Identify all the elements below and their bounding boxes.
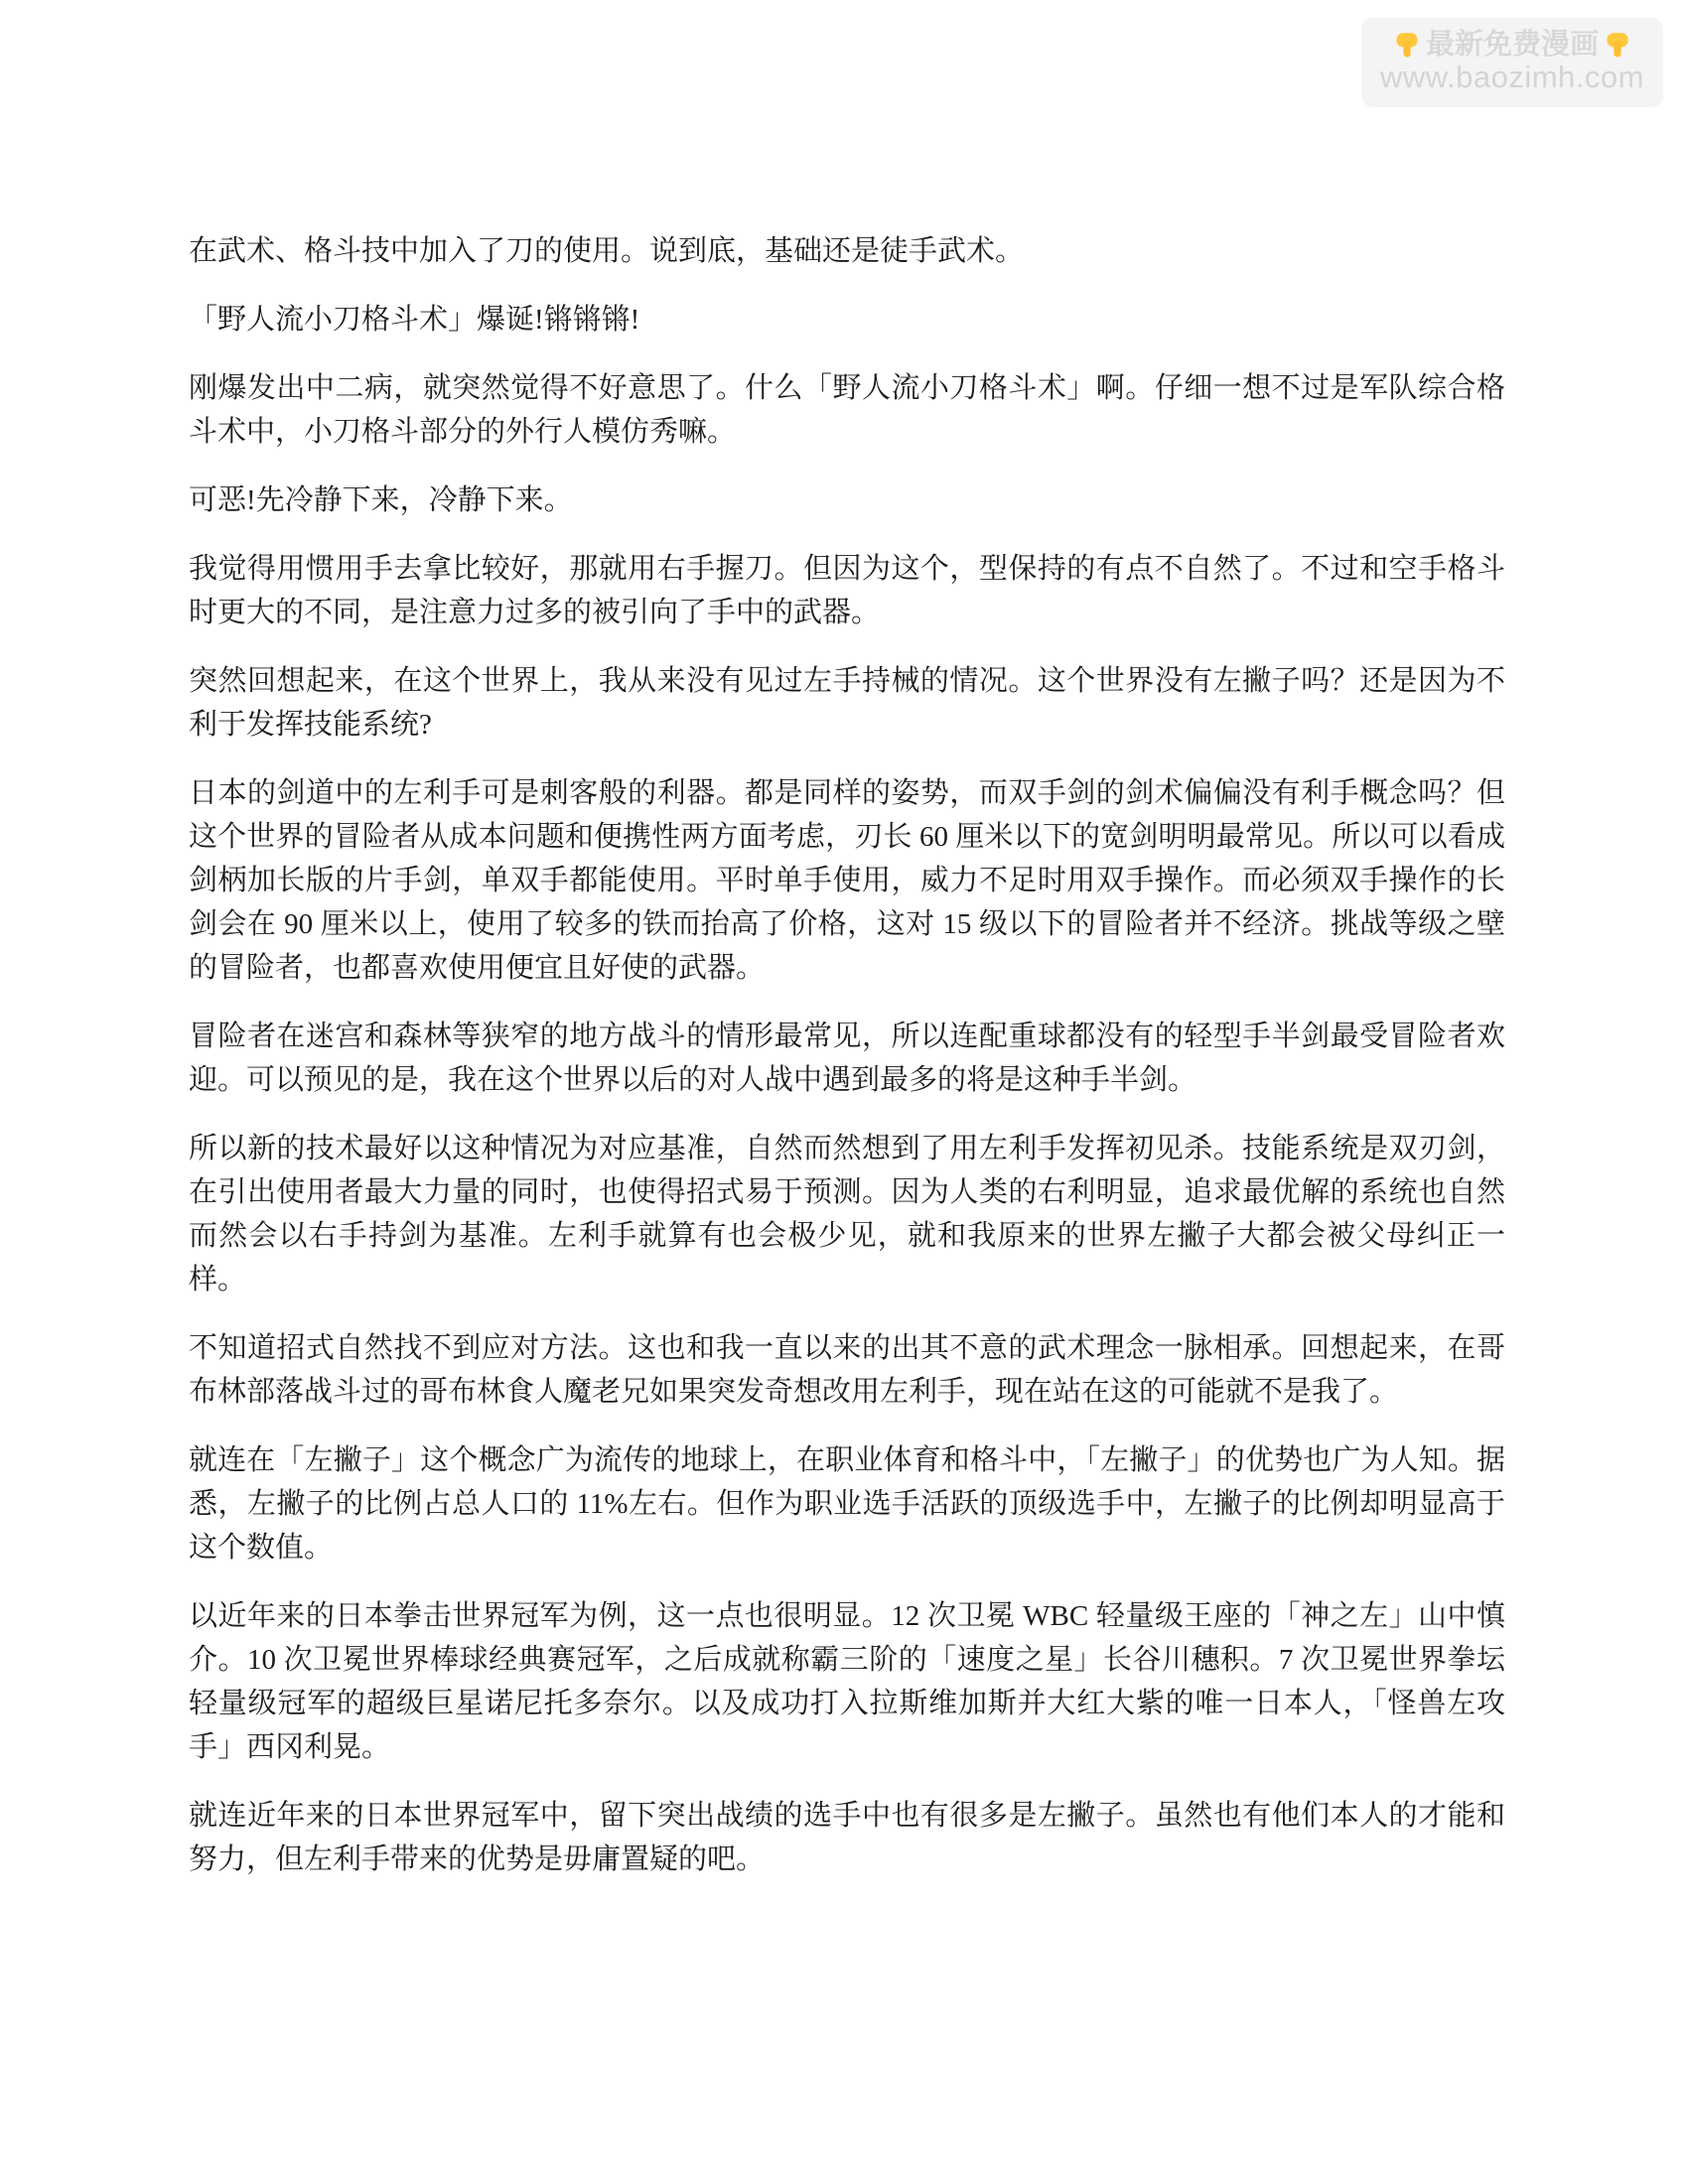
paragraph: 就连在「左撇子」这个概念广为流传的地球上，在职业体育和格斗中，「左撇子」的优势也… <box>189 1438 1505 1570</box>
paragraph: 我觉得用惯用手去拿比较好，那就用右手握刀。但因为这个，型保持的有点不自然了。不过… <box>189 547 1505 634</box>
paragraph: 刚爆发出中二病，就突然觉得不好意思了。什么「野人流小刀格斗术」啊。仔细一想不过是… <box>189 366 1505 454</box>
paragraph: 日本的剑道中的左利手可是刺客般的利器。都是同样的姿势，而双手剑的剑术偏偏没有利手… <box>189 771 1505 990</box>
watermark-text-row: 最新免费漫画 <box>1392 30 1632 60</box>
paragraph: 「野人流小刀格斗术」爆诞!锵锵锵! <box>189 298 1505 341</box>
paragraph: 冒险者在迷宫和森林等狭窄的地方战斗的情形最常见，所以连配重球都没有的轻型手半剑最… <box>189 1015 1505 1102</box>
paragraph: 突然回想起来，在这个世界上，我从来没有见过左手持械的情况。这个世界没有左撇子吗？… <box>189 659 1505 747</box>
paragraph: 所以新的技术最好以这种情况为对应基准，自然而然想到了用左利手发挥初见杀。技能系统… <box>189 1127 1505 1301</box>
point-down-icon <box>1603 30 1632 60</box>
watermark-text: 最新免费漫画 <box>1426 31 1599 60</box>
paragraph: 在武术、格斗技中加入了刀的使用。说到底，基础还是徒手武术。 <box>189 229 1505 273</box>
paragraph: 可恶!先冷静下来，冷静下来。 <box>189 478 1505 522</box>
point-down-icon <box>1392 30 1422 60</box>
paragraph: 不知道招式自然找不到应对方法。这也和我一直以来的出其不意的武术理念一脉相承。回想… <box>189 1326 1505 1414</box>
watermark-badge[interactable]: 最新免费漫画 www.baozimh.com <box>1361 18 1663 107</box>
paragraph: 以近年来的日本拳击世界冠军为例，这一点也很明显。12 次卫冕 WBC 轻量级王座… <box>189 1594 1505 1769</box>
paragraph: 就连近年来的日本世界冠军中，留下突出战绩的选手中也有很多是左撇子。虽然也有他们本… <box>189 1794 1505 1881</box>
article-body: 在武术、格斗技中加入了刀的使用。说到底，基础还是徒手武术。 「野人流小刀格斗术」… <box>189 229 1505 1881</box>
watermark-url[interactable]: www.baozimh.com <box>1380 61 1644 94</box>
